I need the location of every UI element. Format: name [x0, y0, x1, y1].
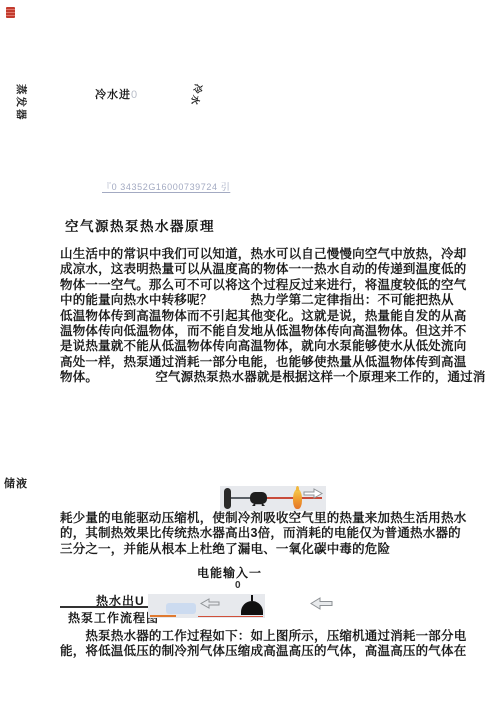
page-title: 空气源热泵热水器原理: [65, 215, 215, 235]
blue-box-icon: [166, 603, 196, 614]
text-line: 温物体传向低温物体，而不能自发地从低温物体传向高温物体。但这并不: [60, 324, 486, 339]
text-line: 成凉水，这表明热量可以从温度高的物体一一热水自动的传递到温度低的: [60, 262, 486, 277]
document-page: 蒸发器 冷水进0 冷水 『0 34352G16000739724 引 空气源热泵…: [0, 0, 500, 707]
text-line: 是说热量就不能从低温物体传向高温物体，就向水泵能够使水从低处流向: [60, 339, 486, 354]
paragraph-2: 耗少量的电能驱动压缩机，使制冷剂吸收空气里的热量来加热生活用热水的，其制热效果比…: [60, 511, 466, 557]
text-line: 低温物体传到高温物体而不引起其他变化。这就是说，热量能自发的从高: [60, 309, 486, 324]
text-line: 能，将低温低压的制冷剂气体压缩成高温高压的气体，高温高压的气体在: [60, 644, 466, 659]
watermark-link[interactable]: 『0 34352G16000739724 引: [102, 180, 230, 193]
text-line: 高处一样，热泵通过消耗一部分电能，也能够使热量从低温物体传到高温: [60, 355, 486, 370]
cold-water-in-suffix: 0: [131, 89, 138, 101]
orange-line: [150, 615, 176, 617]
dome-icon: [241, 601, 263, 615]
label-cold-water-diagonal: 冷水: [188, 83, 206, 108]
text-line: 物体一一空气。那么可不可以将这个过程反过来进行，将温度较低的空气: [60, 278, 486, 293]
text-line: 中的能量向热水中转移呢？ 热力学第二定律指出：不可能把热从: [60, 293, 486, 308]
flame-icon: [293, 489, 302, 509]
text-line: 耗少量的电能驱动压缩机，使制冷剂吸收空气里的热量来加热生活用热水: [60, 511, 466, 526]
red-seal-icon: [6, 7, 15, 18]
diagram-strip-flow: [148, 594, 265, 618]
compressor-icon: [250, 492, 267, 504]
arrow-left-icon: [200, 598, 220, 609]
cold-water-in-text: 冷水进: [95, 89, 131, 101]
text-line: 三分之一，并能从根本上杜绝了漏电、一氧化碳中毒的危险: [60, 542, 466, 557]
label-liquid-storage: 储液: [4, 475, 28, 491]
flow-diagram-caption: 热泵工作流程图: [68, 609, 159, 626]
text-line: 物体。 空气源热泵热水器就是根据这样一个原理来工作的，通过消: [60, 370, 486, 385]
diagram-strip-compressor: [220, 486, 326, 511]
power-input-zero: 0: [235, 580, 241, 591]
label-power-input: 电能输入一: [197, 564, 262, 581]
text-line: 的，其制热效果比传统热水器高出3倍，而消耗的电能仅为普通热水器的: [60, 526, 466, 541]
fraction-rule: [60, 606, 148, 608]
tank-icon: [224, 488, 231, 509]
arrow-left-outline-icon: [310, 597, 333, 610]
arrow-right-icon: [303, 488, 323, 499]
red-line: [198, 616, 263, 618]
paragraph-1: 山生活中的常识中我们可以知道，热水可以自己慢慢向空气中放热，冷却成凉水，这表明热…: [60, 247, 486, 386]
label-evaporator: 蒸发器: [14, 84, 29, 122]
text-line: 热泵热水器的工作过程如下：如上图所示，压缩机通过消耗一部分电: [60, 629, 466, 644]
paragraph-3: 热泵热水器的工作过程如下：如上图所示，压缩机通过消耗一部分电能，将低温低压的制冷…: [60, 629, 466, 660]
label-cold-water-in: 冷水进0: [95, 86, 138, 102]
text-line: 山生活中的常识中我们可以知道，热水可以自己慢慢向空气中放热，冷却: [60, 247, 486, 262]
